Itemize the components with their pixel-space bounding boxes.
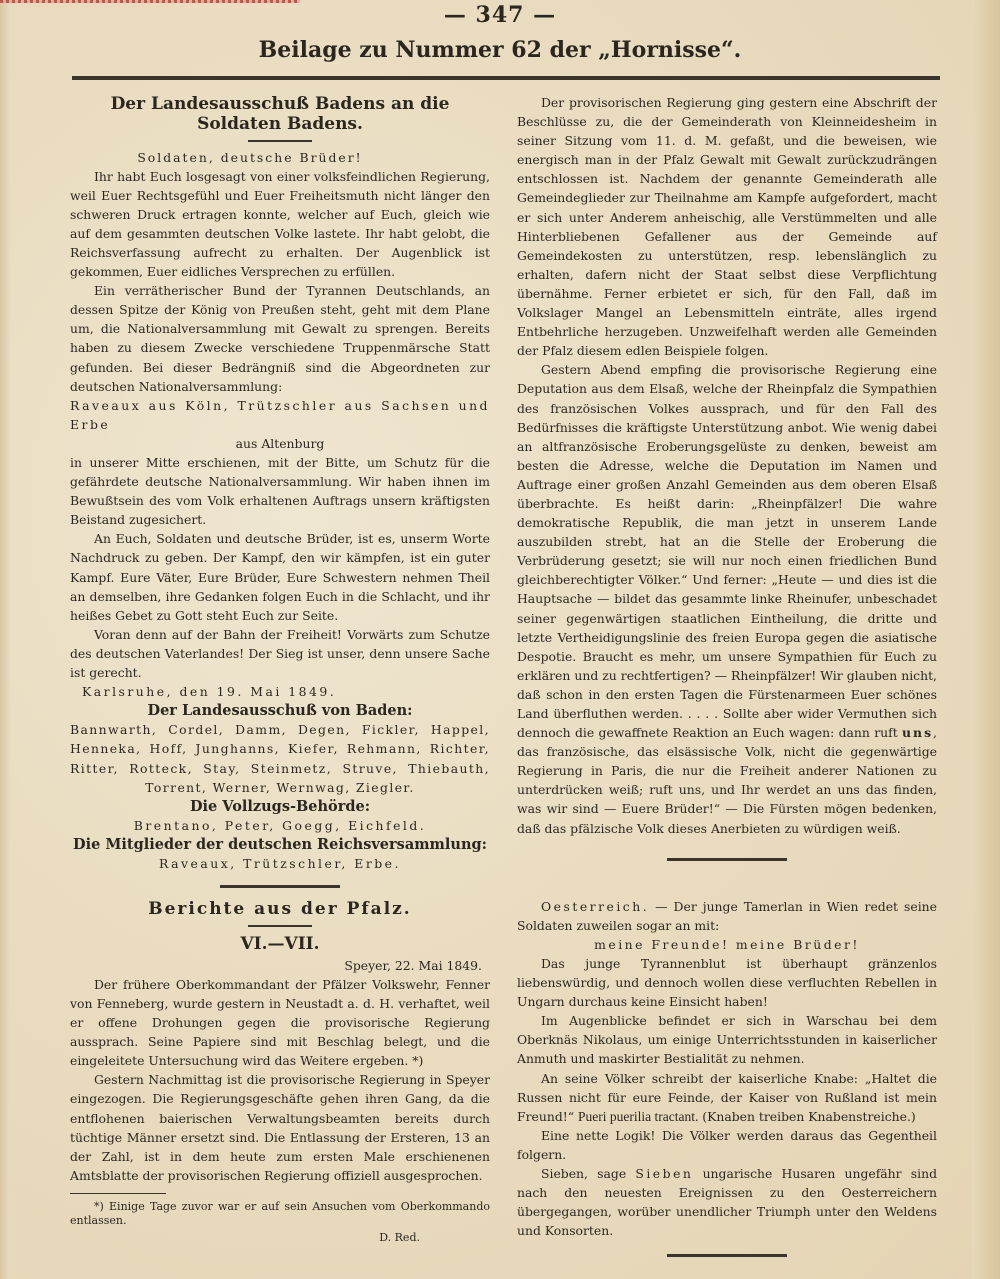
page-binding-edge xyxy=(0,0,10,1279)
right-column: Der provisorischen Regierung ging gester… xyxy=(517,93,937,1257)
paragraph: Gestern Nachmittag ist die provisorische… xyxy=(70,1070,490,1185)
paragraph: Ein verrätherischer Bund der Tyrannen De… xyxy=(70,281,490,396)
deputies-line: Raveaux aus Köln, Trützschler aus Sachse… xyxy=(70,396,490,434)
paragraph-text: Gestern Abend empfing die provisorische … xyxy=(517,362,937,740)
header-rule xyxy=(72,76,940,80)
signature-heading: Die Vollzugs-Behörde: xyxy=(70,797,490,816)
paragraph: Oesterreich. — Der junge Tamerlan in Wie… xyxy=(517,897,937,935)
section-rule xyxy=(667,858,787,861)
paragraph: Im Augenblicke befindet er sich in Warsc… xyxy=(517,1011,937,1068)
signature-names: Raveaux, Trützschler, Erbe. xyxy=(70,854,490,873)
salutation: Soldaten, deutsche Brüder! xyxy=(10,148,490,167)
paragraph: Gestern Abend empfing die provisorische … xyxy=(517,360,937,837)
emphasis: Sieben xyxy=(635,1166,693,1181)
paragraph: in unserer Mitte erschienen, mit der Bit… xyxy=(70,453,490,529)
quote: meine Freunde! meine Brüder! xyxy=(517,935,937,954)
latin-quote: Pueri puerilia tractant. xyxy=(578,1109,698,1124)
paragraph-text: (Knaben treiben Knabenstreiche.) xyxy=(698,1109,915,1124)
section-title: Berichte aus der Pfalz. xyxy=(70,900,490,919)
supplement-title: Beilage zu Nummer 62 der „Hornisse“. xyxy=(0,37,1000,63)
lead-word: Oesterreich. xyxy=(541,899,649,914)
paragraph: Der provisorischen Regierung ging gester… xyxy=(517,93,937,360)
footnote-signature: D. Red. xyxy=(70,1228,490,1247)
paragraph: Sieben, sage Sieben ungarische Husaren u… xyxy=(517,1164,937,1240)
place-date: Karlsruhe, den 19. Mai 1849. xyxy=(70,682,490,701)
end-rule xyxy=(667,1254,787,1257)
signature-names: Bannwarth, Cordel, Damm, Degen, Fickler,… xyxy=(70,720,490,796)
left-column: Der Landesausschuß Badens an die Soldate… xyxy=(70,90,490,1247)
paragraph: Ihr habt Euch losgesagt von einer volksf… xyxy=(70,167,490,282)
paragraph: Voran denn auf der Bahn der Freiheit! Vo… xyxy=(70,625,490,682)
paragraph: Das junge Tyrannenblut ist überhaupt grä… xyxy=(517,954,937,1011)
signature-names: Brentano, Peter, Goegg, Eichfeld. xyxy=(70,816,490,835)
signature-heading: Die Mitglieder der deutschen Reichsversa… xyxy=(70,835,490,854)
title-rule xyxy=(248,925,312,927)
page-number: — 347 — xyxy=(0,2,1000,28)
title-rule xyxy=(248,140,312,142)
signature-heading: Der Landesausschuß von Baden: xyxy=(70,701,490,720)
paragraph: An seine Völker schreibt der kaiserliche… xyxy=(517,1069,937,1126)
paragraph-text: Sieben, sage xyxy=(541,1166,635,1181)
footnote: *) Einige Tage zuvor war er auf sein Ans… xyxy=(70,1200,490,1228)
dateline: Speyer, 22. Mai 1849. xyxy=(70,956,490,975)
page-right-edge xyxy=(972,0,1000,1279)
footnote-rule xyxy=(70,1193,166,1195)
paragraph: An Euch, Soldaten und deutsche Brüder, i… xyxy=(70,529,490,624)
section-rule xyxy=(220,885,340,888)
deputies-line-2: aus Altenburg xyxy=(70,434,490,453)
paragraph: Eine nette Logik! Die Völker werden dara… xyxy=(517,1126,937,1164)
section-number: VI.—VII. xyxy=(70,935,490,954)
emphasis: uns xyxy=(902,725,933,740)
paragraph-text: , das französische, das elsässische Volk… xyxy=(517,725,937,835)
paragraph: Der frühere Oberkommandant der Pfälzer V… xyxy=(70,975,490,1070)
article-title: Der Landesausschuß Badens an die Soldate… xyxy=(70,94,490,134)
